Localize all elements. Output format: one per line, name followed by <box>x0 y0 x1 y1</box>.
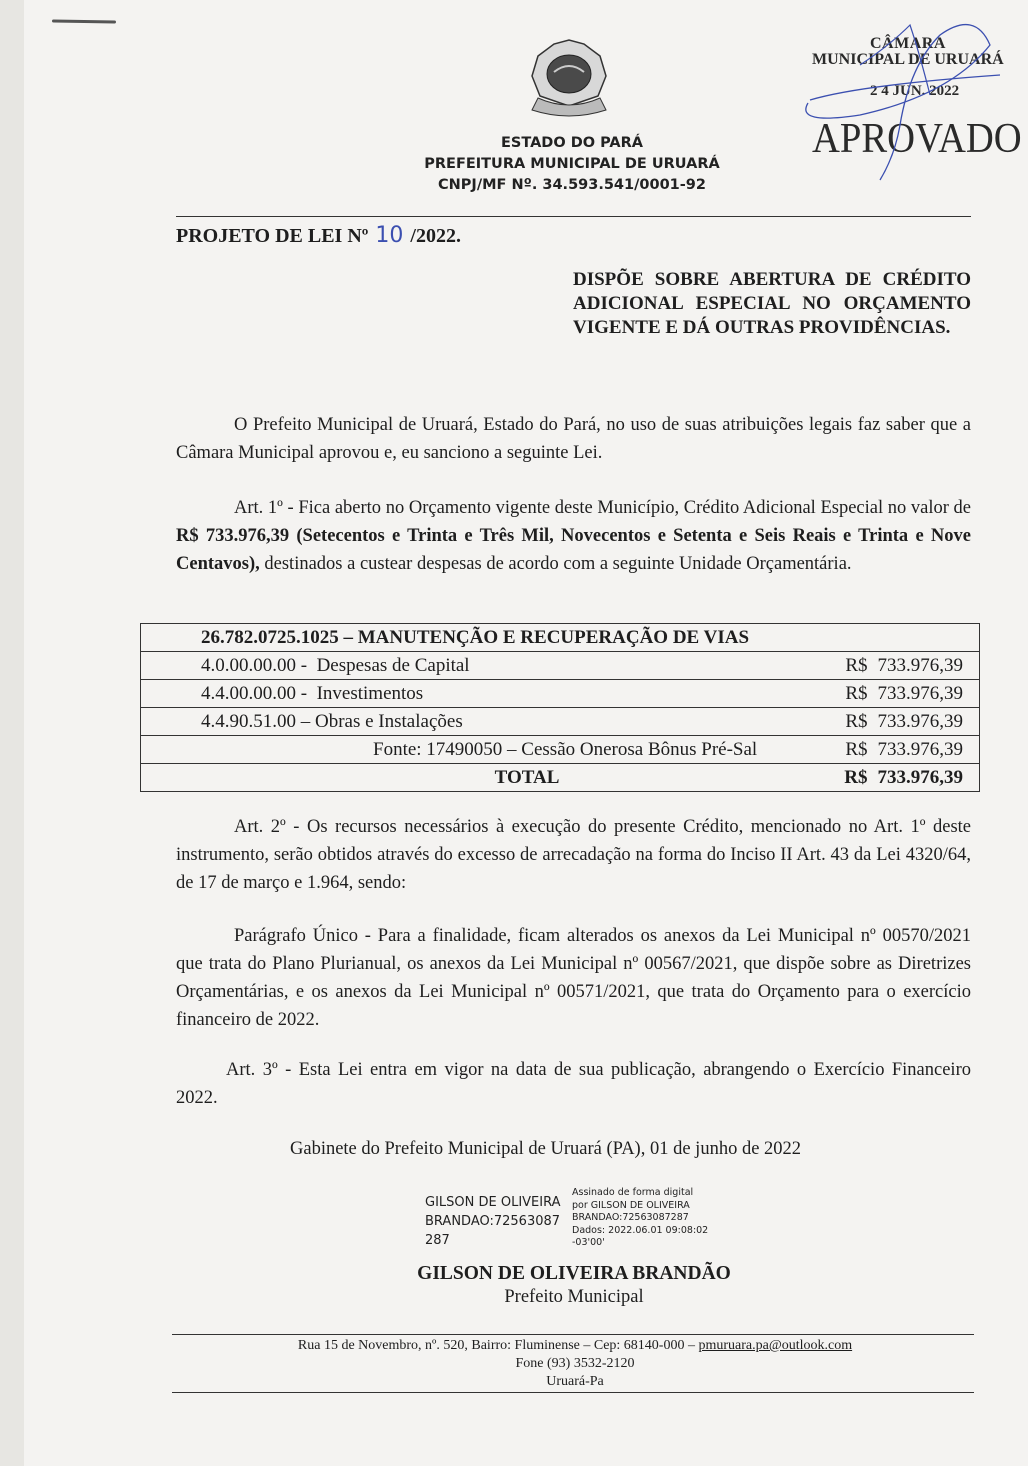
footer-city: Uruará-Pa <box>176 1373 974 1391</box>
table-row: 4.4.00.00.00 - Investimentos R$733.976,3… <box>141 680 980 708</box>
article-1: Art. 1º - Fica aberto no Orçamento vigen… <box>176 494 971 578</box>
sole-paragraph: Parágrafo Único - Para a finalidade, fic… <box>176 922 971 1034</box>
header-divider <box>176 216 971 217</box>
municipal-crest-icon <box>518 38 620 118</box>
table-row-total: TOTAL R$733.976,39 <box>141 764 980 792</box>
scan-edge <box>0 0 24 1466</box>
preamble: O Prefeito Municipal de Uruará, Estado d… <box>176 411 971 467</box>
footer-phone: Fone (93) 3532-2120 <box>176 1355 974 1373</box>
signer-name: GILSON DE OLIVEIRA BRANDÃO <box>0 1263 1028 1285</box>
cnpj: CNPJ/MF Nº. 34.593.541/0001-92 <box>360 175 784 196</box>
footer: Rua 15 de Novembro, nº. 520, Bairro: Flu… <box>176 1337 974 1391</box>
table-header-row: 26.782.0725.1025 – MANUTENÇÃO E RECUPERA… <box>141 624 980 652</box>
table-row: 4.0.00.00.00 - Despesas de Capital R$733… <box>141 652 980 680</box>
table-row: 4.4.90.51.00 – Obras e Instalações R$733… <box>141 708 980 736</box>
handwritten-signature-icon <box>800 15 1028 185</box>
footer-divider-top <box>172 1334 974 1335</box>
state-name: ESTADO DO PARÁ <box>360 133 784 154</box>
bill-number: 10 <box>375 223 403 248</box>
bill-title: PROJETO DE LEI Nº 10 /2022. <box>176 223 461 248</box>
bill-summary: DISPÕE SOBRE ABERTURA DE CRÉDITO ADICION… <box>573 268 971 340</box>
letterhead: ESTADO DO PARÁ PREFEITURA MUNICIPAL DE U… <box>360 133 784 196</box>
prefecture-name: PREFEITURA MUNICIPAL DE URUARÁ <box>360 154 784 175</box>
approval-stamp: CÂMARA MUNICIPAL DE URUARÁ 2 4 JUN. 2022… <box>800 15 1028 185</box>
budget-table: 26.782.0725.1025 – MANUTENÇÃO E RECUPERA… <box>140 623 980 792</box>
article-2: Art. 2º - Os recursos necessários à exec… <box>176 813 971 897</box>
place-and-date: Gabinete do Prefeito Municipal de Uruará… <box>290 1139 801 1160</box>
footer-divider-bottom <box>172 1392 974 1393</box>
footer-address: Rua 15 de Novembro, nº. 520, Bairro: Flu… <box>298 1338 699 1353</box>
signer-role: Prefeito Municipal <box>0 1287 1028 1308</box>
footer-email-link[interactable]: pmuruara.pa@outlook.com <box>698 1338 852 1353</box>
scan-mark <box>52 19 116 23</box>
article-3: Art. 3º - Esta Lei entra em vigor na dat… <box>176 1056 971 1112</box>
table-row-source: Fonte: 17490050 – Cessão Onerosa Bônus P… <box>141 736 980 764</box>
